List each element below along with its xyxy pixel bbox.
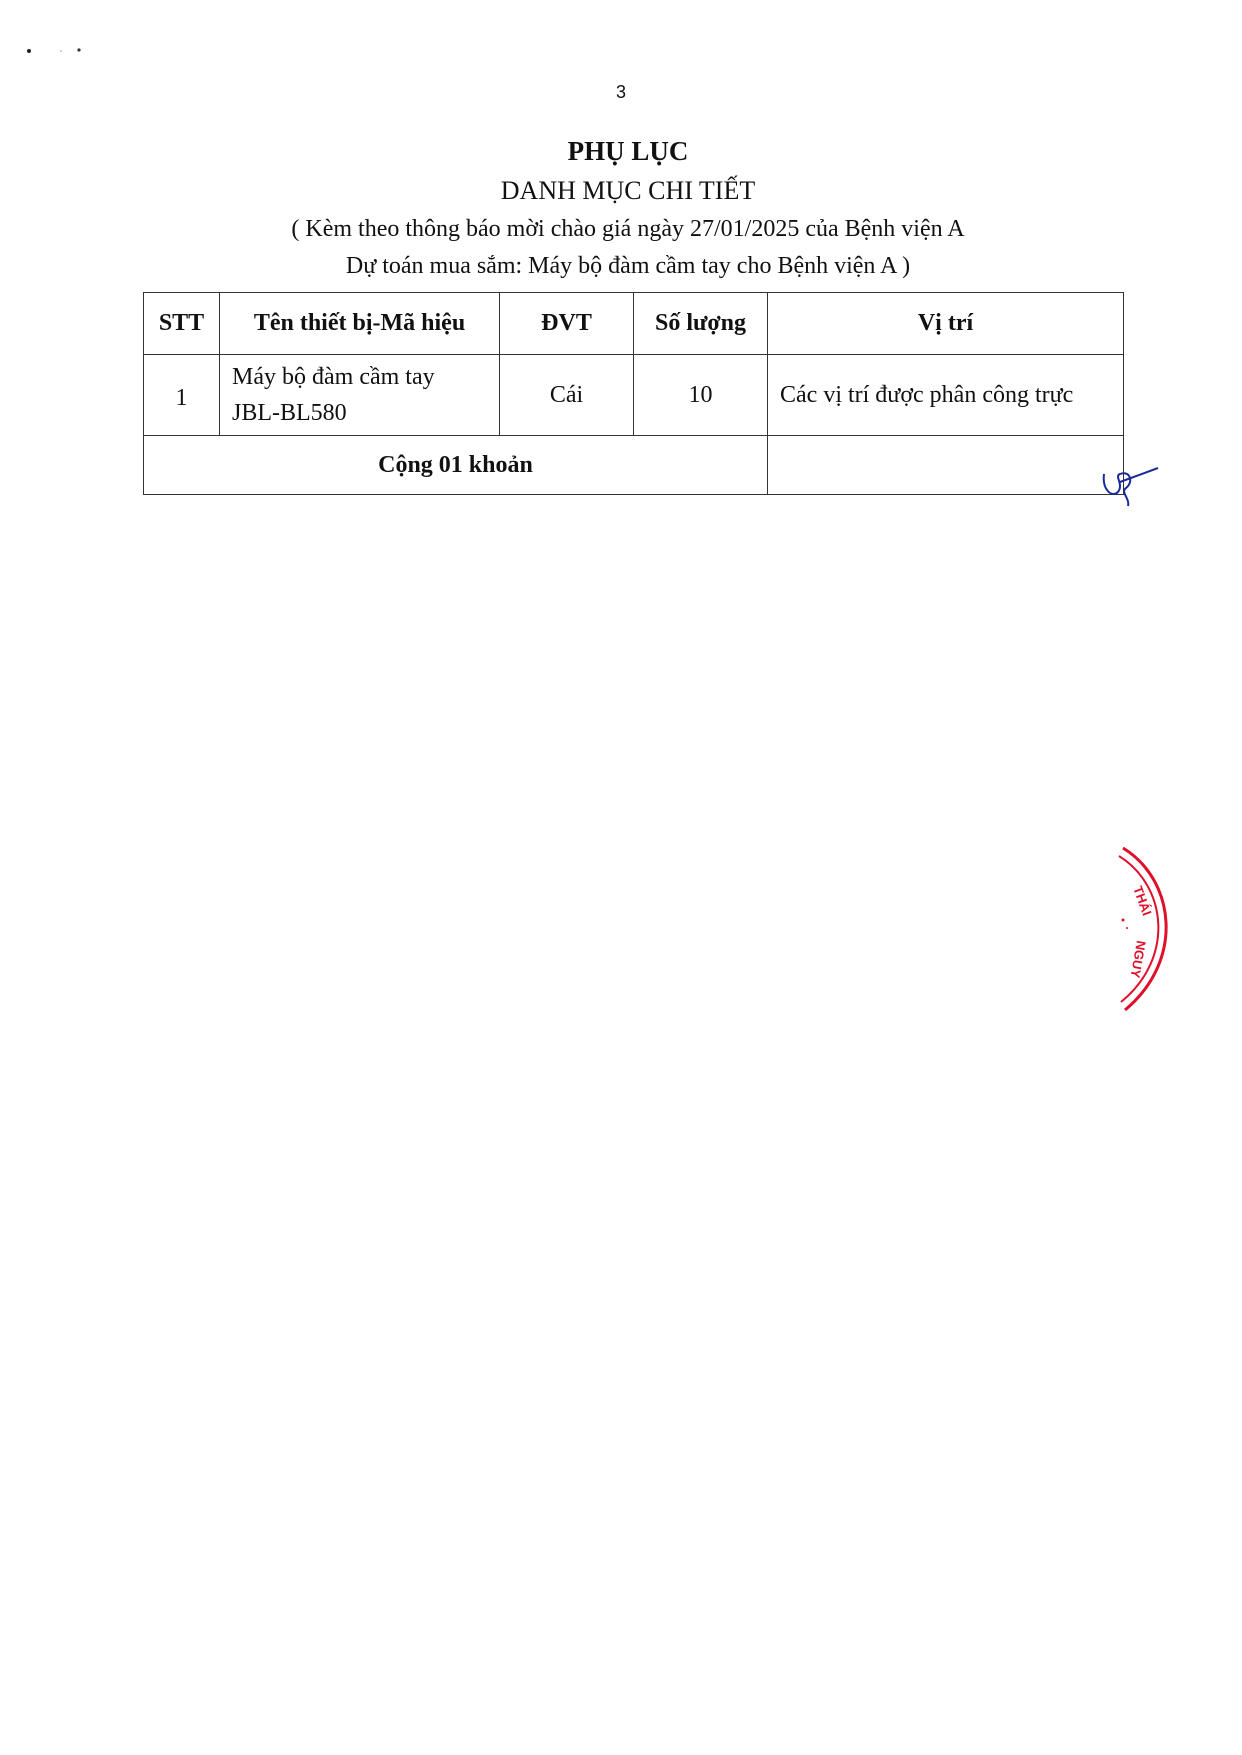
scan-specks (24, 44, 94, 58)
document-subtitle: DANH MỤC CHI TIẾT (0, 176, 1242, 206)
document-title: PHỤ LỤC (0, 136, 1242, 167)
catalog-table: STT Tên thiết bị-Mã hiệu ĐVT Số lượng Vị… (143, 292, 1124, 495)
red-stamp-icon: THÁI NGUY (1115, 840, 1185, 1015)
total-value (768, 436, 1124, 495)
device-model: JBL-BL580 (232, 395, 499, 431)
cell-stt: 1 (144, 355, 220, 436)
header-stt: STT (144, 293, 220, 355)
total-row: Cộng 01 khoản (144, 436, 1124, 495)
context-line-1: ( Kèm theo thông báo mời chào giá ngày 2… (0, 216, 1242, 243)
signature-icon (1100, 462, 1160, 512)
device-name: Máy bộ đàm cầm tay (232, 359, 499, 395)
cell-location: Các vị trí được phân công trực (768, 355, 1124, 436)
page-number: 3 (0, 82, 1242, 103)
cell-device-name: Máy bộ đàm cầm tay JBL-BL580 (220, 355, 500, 436)
header-device-name: Tên thiết bị-Mã hiệu (220, 293, 500, 355)
cell-quantity: 10 (634, 355, 768, 436)
cell-unit: Cái (500, 355, 634, 436)
header-quantity: Số lượng (634, 293, 768, 355)
svg-text:THÁI: THÁI (1130, 884, 1154, 918)
header-unit: ĐVT (500, 293, 634, 355)
total-label: Cộng 01 khoản (144, 436, 768, 495)
header-location: Vị trí (768, 293, 1124, 355)
table-header-row: STT Tên thiết bị-Mã hiệu ĐVT Số lượng Vị… (144, 293, 1124, 355)
table-row: 1 Máy bộ đàm cầm tay JBL-BL580 Cái 10 Cá… (144, 355, 1124, 436)
context-line-2: Dự toán mua sắm: Máy bộ đàm cầm tay cho … (0, 253, 1242, 280)
